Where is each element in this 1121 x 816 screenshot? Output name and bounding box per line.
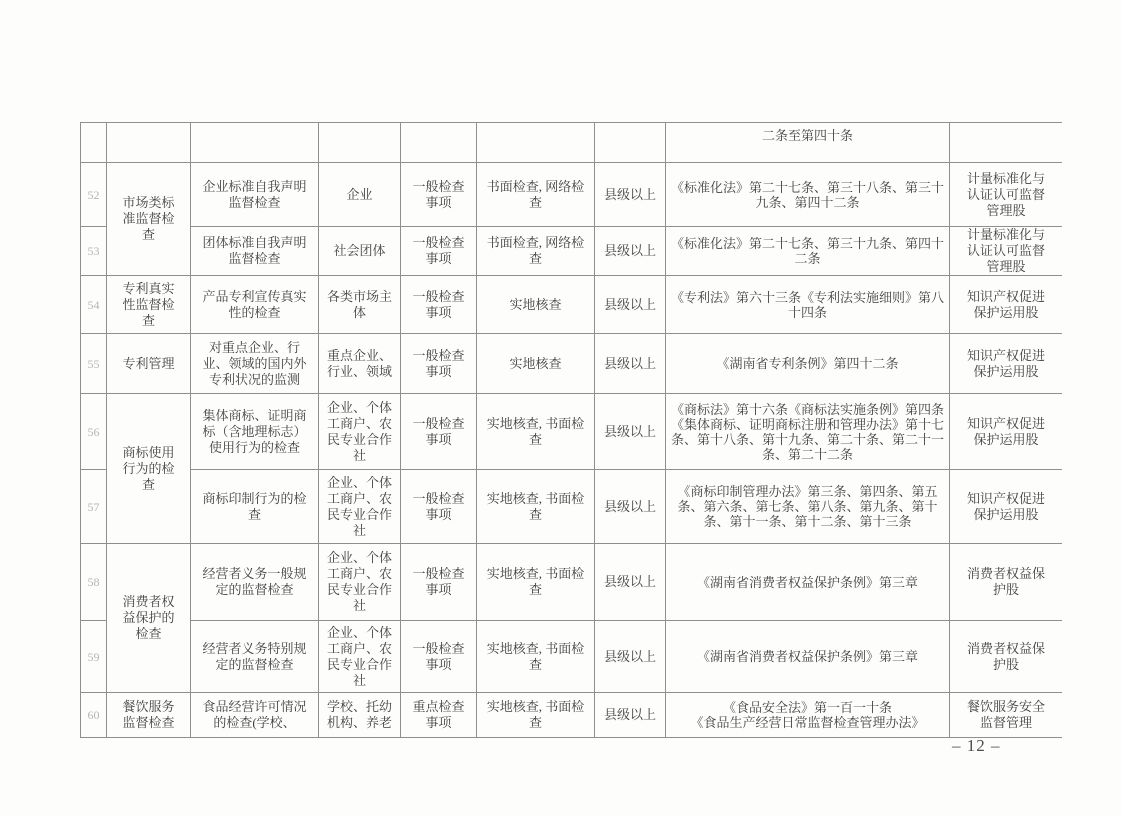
cell-level: 县级以上 [595, 470, 666, 544]
cell-target: 学校、托幼机构、养老 [319, 693, 401, 738]
cell-legal-basis: 《湖南省专利条例》第四十二条 [666, 334, 950, 394]
cell-legal-basis: 《商标法》第十六条《商标法实施条例》第四条《集体商标、证明商标注册和管理办法》第… [666, 394, 950, 470]
cell-department: 餐饮服务安全监督管理 [950, 693, 1063, 738]
cell-type: 一般检查事项 [401, 394, 477, 470]
cell-method: 实地核查 [477, 276, 595, 334]
cell-serial: 59 [81, 621, 107, 693]
cell-serial: 57 [81, 470, 107, 544]
cell-level: 县级以上 [595, 693, 666, 738]
cell-level: 县级以上 [595, 621, 666, 693]
cell-legal-basis: 《商标印制管理办法》第三条、第四条、第五条、第六条、第七条、第八条、第九条、第十… [666, 470, 950, 544]
page-number: – 12 – [952, 736, 1001, 756]
cell-department: 知识产权促进保护运用股 [950, 276, 1063, 334]
cell-serial: 53 [81, 227, 107, 276]
table-row-53: 53 团体标准自我声明监督检查 社会团体 一般检查事项 书面检查, 网络检查 县… [81, 227, 1063, 276]
inspection-items-table: 二条至第四十条 52 市场类标准监督检查 企业标准自我声明监督检查 企业 一般检… [80, 122, 1062, 738]
table-row-56: 56 商标使用行为的检查 集体商标、证明商标（含地理标志）使用行为的检查 企业、… [81, 394, 1063, 470]
cell-type: 一般检查事项 [401, 163, 477, 227]
cell-method: 实地核查, 书面检查 [477, 621, 595, 693]
cell-method: 实地核查 [477, 334, 595, 394]
table-row-58: 58 消费者权益保护的检查 经营者义务一般规定的监督检查 企业、个体工商户、农民… [81, 544, 1063, 621]
cell-category: 商标使用行为的检查 [107, 394, 191, 544]
cell-department [950, 123, 1063, 163]
cell-item: 对重点企业、行业、领域的国内外专利状况的监测 [191, 334, 319, 394]
cell-level: 县级以上 [595, 227, 666, 276]
table-row-55: 55 专利管理 对重点企业、行业、领域的国内外专利状况的监测 重点企业、行业、领… [81, 334, 1063, 394]
cell-target: 企业、个体工商户、农民专业合作社 [319, 621, 401, 693]
cell-item: 团体标准自我声明监督检查 [191, 227, 319, 276]
cell-target [319, 123, 401, 163]
cell-serial: 56 [81, 394, 107, 470]
cell-legal-basis: 《湖南省消费者权益保护条例》第三章 [666, 544, 950, 621]
cell-method: 实地核查, 书面检查 [477, 470, 595, 544]
cell-method: 实地核查, 书面检查 [477, 693, 595, 738]
cell-item: 企业标准自我声明监督检查 [191, 163, 319, 227]
cell-item: 商标印制行为的检查 [191, 470, 319, 544]
cell-method [477, 123, 595, 163]
table-row-52: 52 市场类标准监督检查 企业标准自我声明监督检查 企业 一般检查事项 书面检查… [81, 163, 1063, 227]
cell-category: 专利真实性监督检查 [107, 276, 191, 334]
table-row-54: 54 专利真实性监督检查 产品专利宣传真实性的检查 各类市场主体 一般检查事项 … [81, 276, 1063, 334]
cell-type: 一般检查事项 [401, 621, 477, 693]
cell-level: 县级以上 [595, 163, 666, 227]
cell-item: 集体商标、证明商标（含地理标志）使用行为的检查 [191, 394, 319, 470]
cell-type: 一般检查事项 [401, 470, 477, 544]
table-row-59: 59 经营者义务特别规定的监督检查 企业、个体工商户、农民专业合作社 一般检查事… [81, 621, 1063, 693]
cell-type: 一般检查事项 [401, 334, 477, 394]
cell-department: 知识产权促进保护运用股 [950, 334, 1063, 394]
cell-target: 企业、个体工商户、农民专业合作社 [319, 394, 401, 470]
cell-level: 县级以上 [595, 276, 666, 334]
cell-legal-basis: 《湖南省消费者权益保护条例》第三章 [666, 621, 950, 693]
cell-serial: 52 [81, 163, 107, 227]
table-row-57: 57 商标印制行为的检查 企业、个体工商户、农民专业合作社 一般检查事项 实地核… [81, 470, 1063, 544]
cell-category: 餐饮服务监督检查 [107, 693, 191, 738]
inspection-table-wrap: 二条至第四十条 52 市场类标准监督检查 企业标准自我声明监督检查 企业 一般检… [80, 122, 1062, 738]
cell-method: 实地核查, 书面检查 [477, 544, 595, 621]
cell-department: 知识产权促进保护运用股 [950, 394, 1063, 470]
cell-item: 经营者义务一般规定的监督检查 [191, 544, 319, 621]
cell-item [191, 123, 319, 163]
cell-item: 食品经营许可情况的检查(学校、 [191, 693, 319, 738]
cell-target: 社会团体 [319, 227, 401, 276]
cell-legal-basis: 二条至第四十条 [666, 123, 950, 163]
cell-target: 企业、个体工商户、农民专业合作社 [319, 544, 401, 621]
cell-type [401, 123, 477, 163]
cell-type: 一般检查事项 [401, 276, 477, 334]
cell-type: 一般检查事项 [401, 544, 477, 621]
cell-type: 一般检查事项 [401, 227, 477, 276]
cell-item: 产品专利宣传真实性的检查 [191, 276, 319, 334]
cell-legal-basis: 《标准化法》第二十七条、第三十九条、第四十二条 [666, 227, 950, 276]
cell-level: 县级以上 [595, 334, 666, 394]
cell-category: 专利管理 [107, 334, 191, 394]
cell-type: 重点检查事项 [401, 693, 477, 738]
cell-item: 经营者义务特别规定的监督检查 [191, 621, 319, 693]
cell-legal-basis: 《专利法》第六十三条《专利法实施细则》第八十四条 [666, 276, 950, 334]
carryover-row: 二条至第四十条 [81, 123, 1063, 163]
cell-method: 书面检查, 网络检查 [477, 163, 595, 227]
cell-legal-basis: 《标准化法》第二十七条、第三十八条、第三十九条、第四十二条 [666, 163, 950, 227]
cell-department: 消费者权益保护股 [950, 621, 1063, 693]
cell-serial: 60 [81, 693, 107, 738]
cell-target: 重点企业、行业、领域 [319, 334, 401, 394]
cell-serial: 55 [81, 334, 107, 394]
cell-legal-basis: 《食品安全法》第一百一十条 《食品生产经营日常监督检查管理办法》 [666, 693, 950, 738]
table-row-60: 60 餐饮服务监督检查 食品经营许可情况的检查(学校、 学校、托幼机构、养老 重… [81, 693, 1063, 738]
cell-level [595, 123, 666, 163]
cell-department: 消费者权益保护股 [950, 544, 1063, 621]
cell-department: 计量标准化与认证认可监督管理股 [950, 227, 1063, 276]
cell-category: 消费者权益保护的检查 [107, 544, 191, 693]
cell-level: 县级以上 [595, 544, 666, 621]
cell-category: 市场类标准监督检查 [107, 163, 191, 276]
cell-target: 企业 [319, 163, 401, 227]
cell-department: 知识产权促进保护运用股 [950, 470, 1063, 544]
cell-serial: 58 [81, 544, 107, 621]
cell-level: 县级以上 [595, 394, 666, 470]
cell-category [107, 123, 191, 163]
cell-serial [81, 123, 107, 163]
cell-target: 各类市场主体 [319, 276, 401, 334]
cell-target: 企业、个体工商户、农民专业合作社 [319, 470, 401, 544]
cell-method: 书面检查, 网络检查 [477, 227, 595, 276]
cell-serial: 54 [81, 276, 107, 334]
cell-department: 计量标准化与认证认可监督管理股 [950, 163, 1063, 227]
cell-method: 实地核查, 书面检查 [477, 394, 595, 470]
